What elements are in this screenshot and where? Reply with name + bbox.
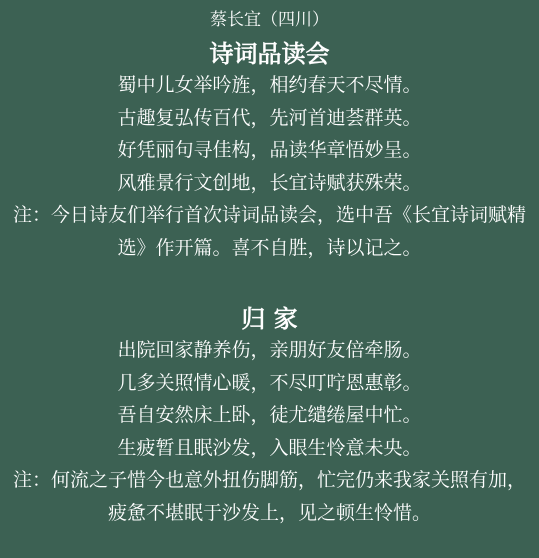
poem-line: 蜀中儿女举吟旌，相约春天不尽情。 bbox=[0, 69, 539, 102]
poem-line: 生疲暂且眠沙发，入眼生怜意未央。 bbox=[0, 432, 539, 465]
poem-section-2: 归 家 出院回家静养伤，亲朋好友倍牵肠。 几多关照情心暖，不尽叮咛恩惠彰。 吾自… bbox=[0, 304, 539, 529]
poem-line: 风雅景行文创地，长宜诗赋获殊荣。 bbox=[0, 167, 539, 200]
poem-section-1: 诗词品读会 蜀中儿女举吟旌，相约春天不尽情。 古趣复弘传百代，先河首迪荟群英。 … bbox=[0, 39, 539, 264]
poetry-page: 蔡长宜（四川） 诗词品读会 蜀中儿女举吟旌，相约春天不尽情。 古趣复弘传百代，先… bbox=[0, 0, 539, 558]
poem-line: 吾自安然床上卧，徒尤缱绻屋中忙。 bbox=[0, 399, 539, 432]
author-line: 蔡长宜（四川） bbox=[0, 0, 539, 31]
poem-note: 注：今日诗友们举行首次诗词品读会，选中吾《长宜诗词赋精选》作开篇。喜不自胜，诗以… bbox=[0, 199, 539, 264]
poem-body: 蜀中儿女举吟旌，相约春天不尽情。 古趣复弘传百代，先河首迪荟群英。 好凭丽句寻佳… bbox=[0, 69, 539, 264]
poem-title: 归 家 bbox=[0, 304, 539, 334]
poem-line: 古趣复弘传百代，先河首迪荟群英。 bbox=[0, 102, 539, 135]
poem-body: 出院回家静养伤，亲朋好友倍牵肠。 几多关照情心暖，不尽叮咛恩惠彰。 吾自安然床上… bbox=[0, 334, 539, 529]
poem-line: 出院回家静养伤，亲朋好友倍牵肠。 bbox=[0, 334, 539, 367]
poem-line: 几多关照情心暖，不尽叮咛恩惠彰。 bbox=[0, 367, 539, 400]
poem-title: 诗词品读会 bbox=[0, 39, 539, 69]
poem-note: 注：何流之子惜今也意外扭伤脚筋，忙完仍来我家关照有加，疲惫不堪眠于沙发上，见之顿… bbox=[0, 464, 539, 529]
poem-line: 好凭丽句寻佳构，品读华章悟妙呈。 bbox=[0, 134, 539, 167]
